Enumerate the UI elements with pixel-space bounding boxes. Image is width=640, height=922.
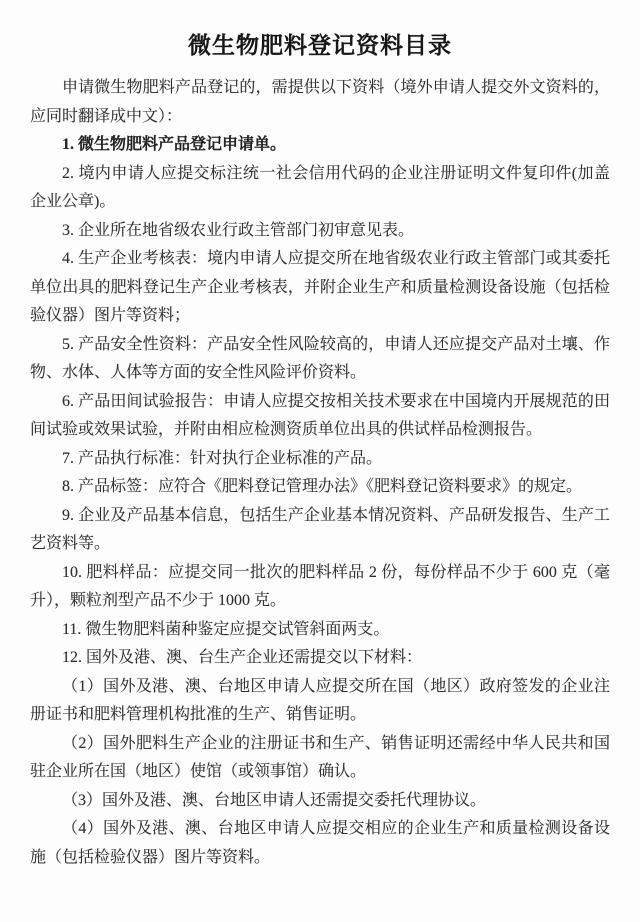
list-item-4: 4. 生产企业考核表：境内申请人应提交所在地省级农业行政主管部门或其委托单位出具… [30, 245, 610, 331]
list-item-10: 10. 肥料样品：应提交同一批次的肥料样品 2 份，每份样品不少于 600 克（… [30, 559, 610, 616]
list-subitem-2: （2）国外肥料生产企业的注册证书和生产、销售证明还需经中华人民共和国驻企业所在国… [30, 730, 610, 787]
list-subitem-3: （3）国外及港、澳、台地区申请人还需提交委托代理协议。 [30, 787, 610, 816]
list-item-11: 11. 微生物肥料菌种鉴定应提交试管斜面两支。 [30, 616, 610, 645]
list-item-9: 9. 企业及产品基本信息，包括生产企业基本情况资料、产品研发报告、生产工艺资料等… [30, 502, 610, 559]
list-item-12: 12. 国外及港、澳、台生产企业还需提交以下材料： [30, 644, 610, 673]
document-title: 微生物肥料登记资料目录 [30, 30, 610, 60]
list-item-5: 5. 产品安全性资料：产品安全性风险较高的，申请人还应提交产品对土壤、作物、水体… [30, 331, 610, 388]
list-item-3: 3. 企业所在地省级农业行政主管部门初审意见表。 [30, 217, 610, 246]
list-subitem-4: （4）国外及港、澳、台地区申请人应提交相应的企业生产和质量检测设备设施（包括检验… [30, 815, 610, 872]
list-item-2: 2. 境内申请人应提交标注统一社会信用代码的企业注册证明文件复印件(加盖企业公章… [30, 160, 610, 217]
list-subitem-1: （1）国外及港、澳、台地区申请人应提交所在国（地区）政府签发的企业注册证书和肥料… [30, 673, 610, 730]
list-item-7: 7. 产品执行标准：针对执行企业标准的产品。 [30, 445, 610, 474]
document-page: 微生物肥料登记资料目录 申请微生物肥料产品登记的，需提供以下资料（境外申请人提交… [0, 0, 640, 922]
list-item-8: 8. 产品标签：应符合《肥料登记管理办法》《肥料登记资料要求》的规定。 [30, 473, 610, 502]
list-item-1: 1. 微生物肥料产品登记申请单。 [30, 131, 610, 160]
intro-paragraph: 申请微生物肥料产品登记的，需提供以下资料（境外申请人提交外文资料的，应同时翻译成… [30, 74, 610, 131]
list-item-6: 6. 产品田间试验报告：申请人应提交按相关技术要求在中国境内开展规范的田间试验或… [30, 388, 610, 445]
